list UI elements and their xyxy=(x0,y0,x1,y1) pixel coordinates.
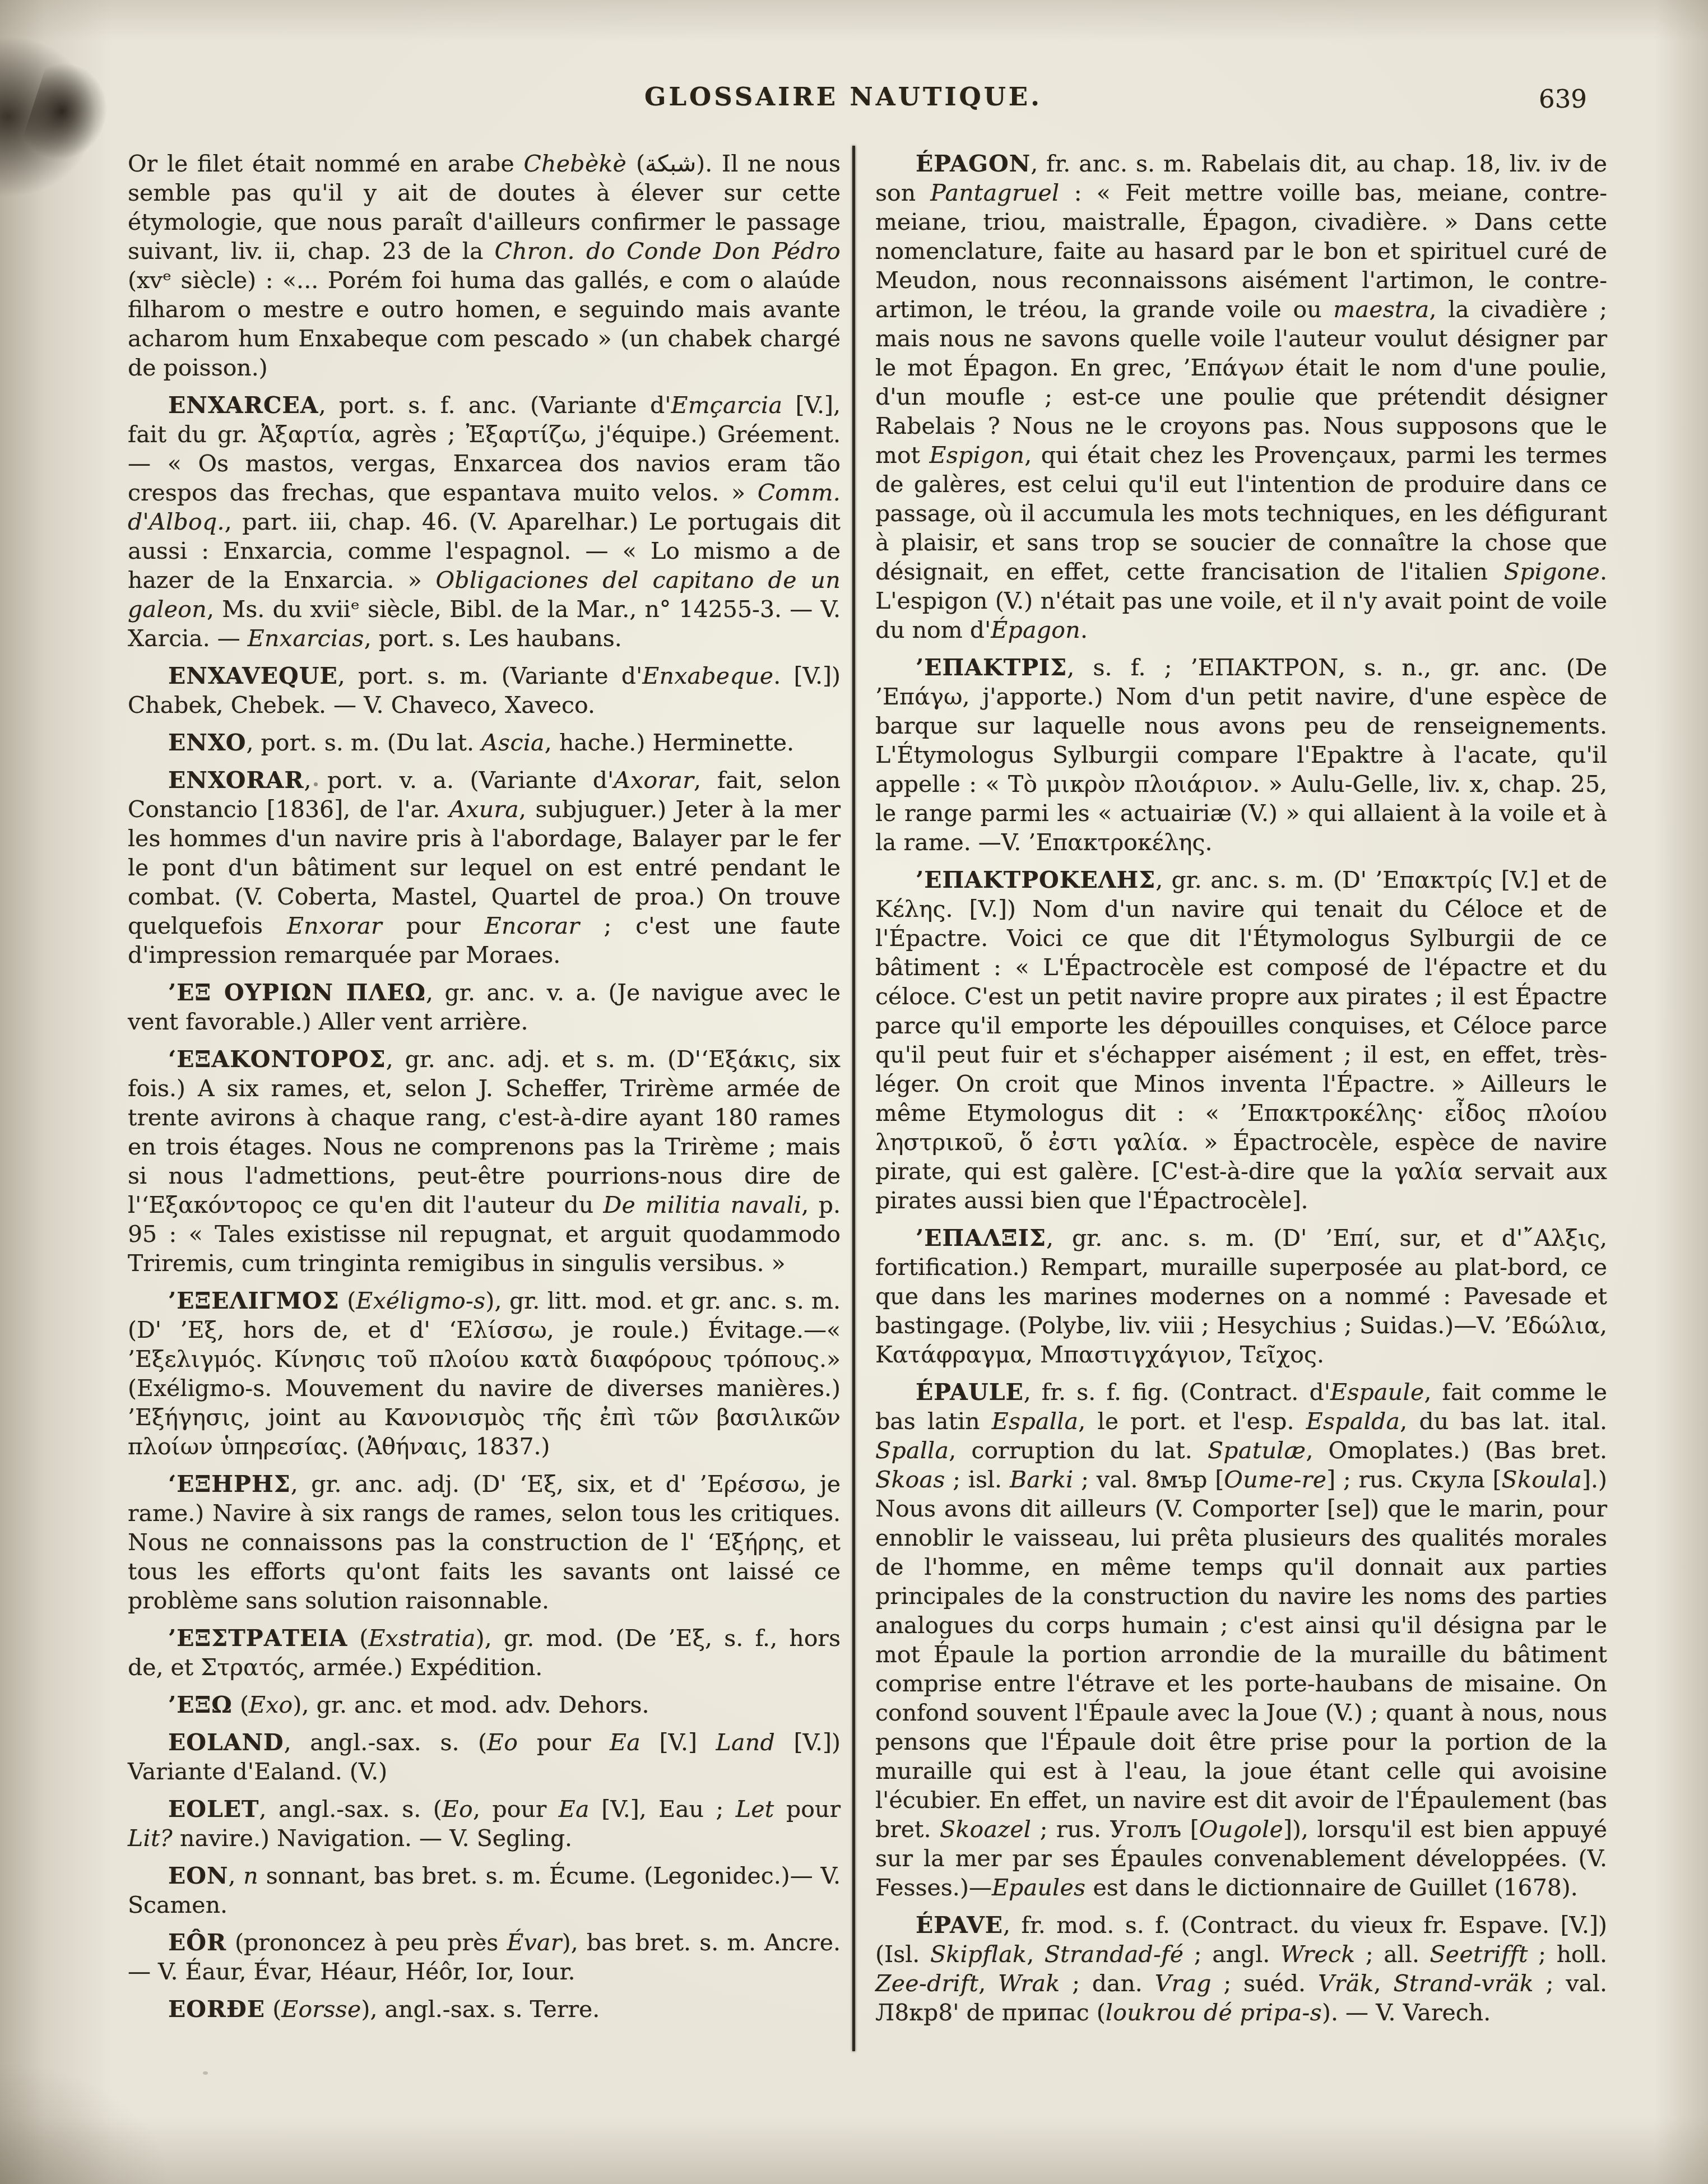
dictionary-entry: EOLET, angl.-sax. s. (Eo, pour Ea [V.], … xyxy=(128,1795,841,1853)
dictionary-entry: ‘ΕΞΗΡΗΣ, gr. anc. adj. (D' ‘Εξ, six, et … xyxy=(128,1469,841,1615)
entry-headword: ’ΕΠΑΚΤΡΙΣ xyxy=(916,654,1067,681)
italic-term: De militia navali xyxy=(603,1191,801,1218)
dictionary-entry: ’ΕΠΑΚΤΡΙΣ, s. f. ; ’ΕΠΑΚΤΡΟΝ, s. n., gr.… xyxy=(875,653,1607,857)
italic-term: Lit? xyxy=(128,1825,173,1852)
italic-term: Spalla xyxy=(875,1437,949,1464)
italic-term: Wrak xyxy=(998,1970,1060,1997)
entry-headword: ENXORAR xyxy=(168,767,304,794)
dictionary-entry: ENXO, port. s. m. (Du lat. Ascia, hache.… xyxy=(128,728,841,757)
italic-term: Strandad-fé xyxy=(1045,1941,1184,1968)
italic-term: loukrou dé pripa-s xyxy=(1106,1999,1322,2026)
italic-term: Ea xyxy=(610,1729,640,1756)
italic-term: Pantagruel xyxy=(930,179,1059,206)
italic-term: Barki xyxy=(1010,1466,1074,1493)
left-column: Or le filet était nommé en arabe Chebèkè… xyxy=(128,149,841,2032)
italic-term: Exo xyxy=(249,1691,293,1718)
entry-headword: ÉPAULE xyxy=(916,1379,1024,1406)
italic-term: Epaules xyxy=(992,1874,1086,1901)
italic-term: Espigon xyxy=(930,442,1025,469)
italic-term: Strand-vräk xyxy=(1393,1970,1533,1997)
entry-headword: ’ΕΞΕΛΙΓΜΟΣ xyxy=(168,1287,340,1314)
entry-headword: ’ΕΞ ΟΥΡΙΩΝ ΠΛΕΩ xyxy=(168,979,426,1006)
scan-speck xyxy=(314,782,318,786)
entry-headword: ’ΕΞΣΤΡΑΤΕΙΑ xyxy=(168,1625,347,1652)
dictionary-entry: ’ΕΞΕΛΙΓΜΟΣ (Exéligmo-s), gr. litt. mod. … xyxy=(128,1286,841,1461)
italic-term: Exéligmo-s xyxy=(356,1287,485,1314)
dictionary-entry: ÉPAGON, fr. anc. s. m. Rabelais dit, au … xyxy=(875,149,1607,644)
entry-headword: ÉPAGON xyxy=(916,150,1031,177)
dictionary-entry: ENXARCEA, port. s. f. anc. (Variante d'E… xyxy=(128,391,841,653)
italic-term: Enxabeque xyxy=(642,662,773,689)
dictionary-entry: EOLAND, angl.-sax. s. (Eo pour Ea [V.] L… xyxy=(128,1728,841,1786)
italic-term: Wreck xyxy=(1280,1941,1355,1968)
entry-headword: ENXO xyxy=(168,729,247,756)
italic-term: Exstratia xyxy=(368,1625,475,1652)
dictionary-entry: ‘ΕΞΑΚΟΝΤΟΡΟΣ, gr. anc. adj. et s. m. (D'… xyxy=(128,1045,841,1278)
scan-speck xyxy=(203,2071,208,2075)
entry-headword: ÉPAVE xyxy=(916,1912,1003,1939)
italic-term: Emçarcia xyxy=(671,392,782,419)
italic-term: Spigone xyxy=(1504,558,1600,585)
column-divider-rule xyxy=(852,146,855,2051)
italic-term: Skipflak xyxy=(930,1941,1027,1968)
dictionary-entry: ’ΕΠΑΚΤΡΟΚΕΛΗΣ, gr. anc. s. m. (D' ’Επακτ… xyxy=(875,865,1607,1215)
italic-term: Let xyxy=(736,1796,774,1823)
entry-headword: EON xyxy=(168,1862,228,1889)
italic-term: Oume-re xyxy=(1224,1466,1326,1493)
italic-term: Obligaciones del capitano de un galeon xyxy=(128,567,841,623)
italic-term: Zee-drift xyxy=(875,1970,978,1997)
dictionary-entry: ’ΕΞ ΟΥΡΙΩΝ ΠΛΕΩ, gr. anc. v. a. (Je navi… xyxy=(128,978,841,1036)
italic-term: Land xyxy=(716,1729,776,1756)
entry-headword: EOLET xyxy=(168,1796,259,1823)
italic-term: Eo xyxy=(442,1796,473,1823)
italic-term: Ascia xyxy=(481,729,545,756)
italic-term: Enxarcias xyxy=(248,625,364,652)
entry-headword: EOLAND xyxy=(168,1729,284,1756)
dictionary-entry: ÉPAULE, fr. s. f. fig. (Contract. d'Espa… xyxy=(875,1378,1607,1902)
italic-term: Ea xyxy=(559,1796,590,1823)
italic-term: Comm. d'Alboq. xyxy=(128,479,841,535)
entry-headword: ‘ΕΞΑΚΟΝΤΟΡΟΣ xyxy=(168,1046,386,1073)
italic-term: Eorsse xyxy=(281,1996,361,2023)
italic-term: Espalda xyxy=(1306,1408,1400,1435)
italic-term: Encorar xyxy=(485,912,580,939)
italic-term: Axorar xyxy=(614,767,694,794)
page-number: 639 xyxy=(1539,84,1587,114)
italic-term: Vrag xyxy=(1155,1970,1212,1997)
italic-term: Skoas xyxy=(875,1466,945,1493)
italic-term: Ougole xyxy=(1199,1816,1283,1843)
dictionary-entry: ’ΕΠΑΛΞΙΣ, gr. anc. s. m. (D' ’Επί, sur, … xyxy=(875,1223,1607,1369)
dictionary-entry: ENXAVEQUE, port. s. m. (Variante d'Enxab… xyxy=(128,661,841,720)
italic-term: Seetrifft xyxy=(1429,1941,1528,1968)
page-curl-shadow xyxy=(20,57,118,170)
scanned-book-page: GLOSSAIRE NAUTIQUE. 639 Or le filet étai… xyxy=(0,0,1708,2184)
entry-headword: ’ΕΞΩ xyxy=(168,1691,233,1718)
entry-headword: ’ΕΠΑΚΤΡΟΚΕΛΗΣ xyxy=(916,866,1155,893)
italic-term: Enxorar xyxy=(287,912,382,939)
right-column: ÉPAGON, fr. anc. s. m. Rabelais dit, au … xyxy=(875,149,1607,2035)
dictionary-entry: EON, n sonnant, bas bret. s. m. Écume. (… xyxy=(128,1861,841,1919)
dictionary-entry: ÉPAVE, fr. mod. s. f. (Contract. du vieu… xyxy=(875,1911,1607,2027)
italic-term: Skoazel xyxy=(940,1816,1031,1843)
italic-term: Espaule xyxy=(1330,1379,1424,1406)
italic-term: Spatulæ xyxy=(1208,1437,1306,1464)
dictionary-entry: EORÐE (Eorsse), angl.-sax. s. Terre. xyxy=(128,1995,841,2024)
italic-term: Espalla xyxy=(992,1408,1078,1435)
entry-headword: EÔR xyxy=(168,1929,226,1956)
italic-term: Chron. do Conde Don Pédro xyxy=(494,238,841,265)
entry-headword: ENXAVEQUE xyxy=(168,662,338,689)
italic-term: Eo xyxy=(487,1729,518,1756)
entry-headword: ’ΕΠΑΛΞΙΣ xyxy=(916,1225,1046,1251)
italic-term: Chebèkè xyxy=(523,150,626,177)
dictionary-entry: EÔR (prononcez à peu près Évar), bas bre… xyxy=(128,1928,841,1986)
italic-term: Évar xyxy=(507,1929,561,1956)
dictionary-entry: ’ΕΞΩ (Exo), gr. anc. et mod. adv. Dehors… xyxy=(128,1690,841,1719)
italic-term: maestra xyxy=(1333,296,1429,323)
italic-term: Vräk xyxy=(1318,1970,1374,1997)
italic-term: n xyxy=(243,1862,258,1889)
entry-headword: ‘ΕΞΗΡΗΣ xyxy=(168,1471,291,1497)
italic-term: Skoula xyxy=(1502,1466,1582,1493)
dictionary-entry: ENXORAR, port. v. a. (Variante d'Axorar,… xyxy=(128,766,841,970)
entry-headword: EORÐE xyxy=(168,1996,265,2023)
running-title: GLOSSAIRE NAUTIQUE. xyxy=(644,82,1042,112)
italic-term: Axura xyxy=(449,796,519,823)
dictionary-entry: Or le filet était nommé en arabe Chebèkè… xyxy=(128,149,841,382)
dictionary-entry: ’ΕΞΣΤΡΑΤΕΙΑ (Exstratia), gr. mod. (De ’Ε… xyxy=(128,1624,841,1682)
entry-headword: ENXARCEA xyxy=(168,392,319,419)
italic-term: Épagon xyxy=(991,616,1080,643)
